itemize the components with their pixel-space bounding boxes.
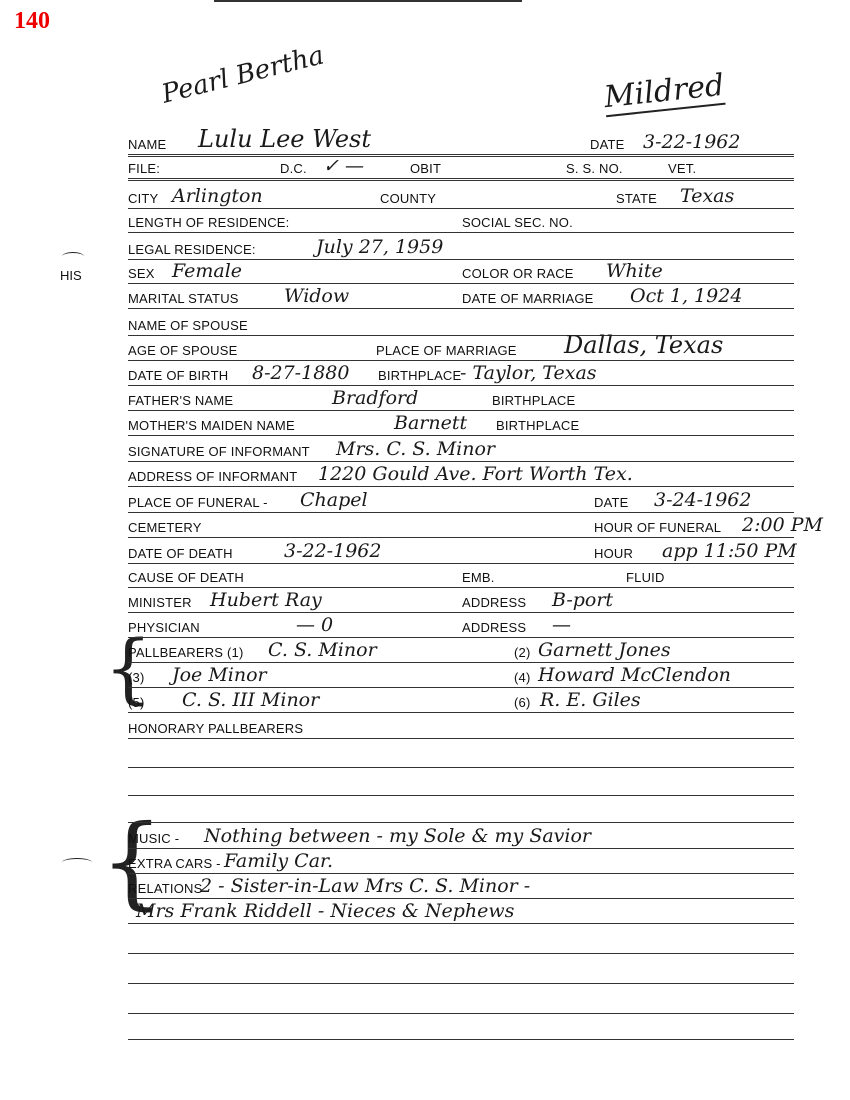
field-label: DATE OF DEATH xyxy=(128,546,233,561)
field-label: D.C. xyxy=(280,161,307,176)
field-label: NAME OF SPOUSE xyxy=(128,318,248,333)
field-label: EXTRA CARS - xyxy=(128,856,221,871)
field-label: ADDRESS xyxy=(462,595,526,610)
handwritten-value: Hubert Ray xyxy=(210,589,322,611)
form-row: AGE OF SPOUSEPLACE OF MARRIAGEDallas, Te… xyxy=(128,335,794,361)
field-label: CEMETERY xyxy=(128,520,202,535)
field-label: PLACE OF FUNERAL - xyxy=(128,495,268,510)
form-row: LEGAL RESIDENCE:July 27, 1959 xyxy=(128,234,794,260)
field-label: STATE xyxy=(616,191,657,206)
handwritten-value: Female xyxy=(172,260,242,282)
field-label: BIRTHPLACE xyxy=(492,393,575,408)
field-label: FILE: xyxy=(128,161,160,176)
handwritten-value: Oct 1, 1924 xyxy=(630,285,742,307)
handwritten-value: — 0 xyxy=(296,614,333,636)
form-row: MUSIC -Nothing between - my Sole & my Sa… xyxy=(128,823,794,849)
form-row: PALLBEARERS (1)(2)C. S. MinorGarnett Jon… xyxy=(128,637,794,663)
field-label: FLUID xyxy=(626,570,665,585)
form-row: MARITAL STATUSDATE OF MARRIAGEWidowOct 1… xyxy=(128,283,794,309)
handwritten-value: July 27, 1959 xyxy=(316,236,443,258)
form-row: EXTRA CARS -Family Car. xyxy=(128,848,794,874)
field-label: DATE xyxy=(590,137,625,152)
form-row: (3)(4)Joe MinorHoward McClendon xyxy=(128,662,794,688)
field-label: RELATIONS xyxy=(128,881,203,896)
form-row xyxy=(128,742,794,768)
field-label: (2) xyxy=(514,645,531,660)
handwritten-value: Garnett Jones xyxy=(538,639,671,661)
form-row: SEXCOLOR OR RACEFemaleWhite xyxy=(128,258,794,284)
field-label: NAME xyxy=(128,137,166,152)
field-label: PHYSICIAN xyxy=(128,620,200,635)
handwritten-value: Family Car. xyxy=(224,850,333,872)
form-row xyxy=(128,928,794,954)
handwritten-value: 2 - Sister-in-Law Mrs C. S. Minor - xyxy=(200,875,530,897)
form-row: ADDRESS OF INFORMANT1220 Gould Ave. Fort… xyxy=(128,461,794,487)
field-label: PLACE OF MARRIAGE xyxy=(376,343,517,358)
field-label: FATHER'S NAME xyxy=(128,393,233,408)
field-label: (6) xyxy=(514,695,531,710)
field-label: ADDRESS xyxy=(462,620,526,635)
field-label: AGE OF SPOUSE xyxy=(128,343,238,358)
margin-tick-mark xyxy=(62,252,84,261)
field-label: DATE OF BIRTH xyxy=(128,368,228,383)
field-label: (5) xyxy=(128,695,145,710)
field-label: LEGAL RESIDENCE: xyxy=(128,242,256,257)
field-label: EMB. xyxy=(462,570,495,585)
form-row xyxy=(128,770,794,796)
field-label: CITY xyxy=(128,191,158,206)
page-number: 140 xyxy=(14,8,50,35)
form-row: CEMETERYHOUR OF FUNERAL2:00 PM xyxy=(128,512,794,538)
handwritten-value: 1220 Gould Ave. Fort Worth Tex. xyxy=(318,463,633,485)
field-label: HOUR xyxy=(594,546,633,561)
form-row: CITYCOUNTYSTATEArlingtonTexas xyxy=(128,183,794,209)
field-label: DATE xyxy=(594,495,629,510)
field-label: MUSIC - xyxy=(128,831,179,846)
field-label: SOCIAL SEC. NO. xyxy=(462,215,573,230)
form-row xyxy=(128,958,794,984)
form-row: FATHER'S NAMEBIRTHPLACEBradford xyxy=(128,385,794,411)
field-label: COUNTY xyxy=(380,191,436,206)
handwritten-value: - Taylor, Texas xyxy=(460,362,597,384)
handwritten-value: Barnett xyxy=(394,412,467,434)
handwritten-value: White xyxy=(606,260,663,282)
form-row xyxy=(128,988,794,1014)
handwritten-value: R. E. Giles xyxy=(540,689,641,711)
handwritten-value: Texas xyxy=(680,185,734,207)
field-label: DATE OF MARRIAGE xyxy=(462,291,594,306)
form-row xyxy=(128,797,794,823)
field-label: LENGTH OF RESIDENCE: xyxy=(128,215,289,230)
handwritten-value: 8-27-1880 xyxy=(252,362,349,384)
form-row: Mrs Frank Riddell - Nieces & Nephews xyxy=(128,898,794,924)
field-label: BIRTHPLACE xyxy=(496,418,579,433)
handwritten-value: B-port xyxy=(552,589,613,611)
top-edge-line xyxy=(214,0,522,2)
handwritten-value: Chapel xyxy=(300,489,368,511)
form-row xyxy=(128,1014,794,1040)
field-label: MARITAL STATUS xyxy=(128,291,239,306)
field-label: SIGNATURE OF INFORMANT xyxy=(128,444,310,459)
form-row: PHYSICIANADDRESS— 0— xyxy=(128,612,794,638)
field-label: (3) xyxy=(128,670,145,685)
form-row: PLACE OF FUNERAL -DATEChapel3-24-1962 xyxy=(128,487,794,513)
handwritten-value: Mrs. C. S. Minor xyxy=(336,438,495,460)
margin-note-text: HIS xyxy=(60,268,82,283)
form-row: SIGNATURE OF INFORMANTMrs. C. S. Minor xyxy=(128,436,794,462)
form-row: DATE OF BIRTHBIRTHPLACE8-27-1880- Taylor… xyxy=(128,360,794,386)
field-label: BIRTHPLACE xyxy=(378,368,461,383)
handwritten-value: Arlington xyxy=(172,185,263,207)
field-label: OBIT xyxy=(410,161,441,176)
handwritten-value: Joe Minor xyxy=(172,664,267,686)
field-label: MOTHER'S MAIDEN NAME xyxy=(128,418,295,433)
handwritten-value: C. S. Minor xyxy=(268,639,377,661)
form-row: MOTHER'S MAIDEN NAMEBIRTHPLACEBarnett xyxy=(128,410,794,436)
handwritten-value: ✓ — xyxy=(323,155,364,177)
field-label: S. S. NO. xyxy=(566,161,623,176)
handwritten-value: Widow xyxy=(284,285,349,307)
handwritten-value: Dallas, Texas xyxy=(564,331,723,359)
form-row: RELATIONS2 - Sister-in-Law Mrs C. S. Min… xyxy=(128,873,794,899)
handwritten-value: 2:00 PM xyxy=(742,514,823,536)
margin-tick-mark-lower xyxy=(62,858,92,867)
handwritten-value: Howard McClendon xyxy=(538,664,731,686)
form-row: LENGTH OF RESIDENCE:SOCIAL SEC. NO. xyxy=(128,207,794,233)
field-label: MINISTER xyxy=(128,595,192,610)
handwritten-name-annotation-right: Mildred xyxy=(602,68,726,117)
field-label: CAUSE OF DEATH xyxy=(128,570,244,585)
handwritten-value: 3-22-1962 xyxy=(284,540,381,562)
field-label: VET. xyxy=(668,161,696,176)
handwritten-value: 3-22-1962 xyxy=(643,131,740,153)
field-label: COLOR OR RACE xyxy=(462,266,574,281)
handwritten-value: Nothing between - my Sole & my Savior xyxy=(204,825,591,847)
handwritten-name-annotation: Pearl Bertha xyxy=(159,40,327,109)
field-label: PALLBEARERS (1) xyxy=(128,645,243,660)
field-label: HONORARY PALLBEARERS xyxy=(128,721,303,736)
margin-note-his: HIS xyxy=(60,268,82,283)
handwritten-value: Lulu Lee West xyxy=(198,125,371,153)
form-row: DATE OF DEATHHOUR3-22-1962app 11:50 PM xyxy=(128,538,794,564)
field-label: SEX xyxy=(128,266,155,281)
field-label: HOUR OF FUNERAL xyxy=(594,520,721,535)
handwritten-value: 3-24-1962 xyxy=(654,489,751,511)
form-row: (5)(6)C. S. III MinorR. E. Giles xyxy=(128,687,794,713)
field-label: ADDRESS OF INFORMANT xyxy=(128,469,297,484)
handwritten-value: — xyxy=(552,614,571,636)
handwritten-value: Mrs Frank Riddell - Nieces & Nephews xyxy=(136,900,514,922)
form-row: HONORARY PALLBEARERS xyxy=(128,713,794,739)
handwritten-value: C. S. III Minor xyxy=(182,689,319,711)
handwritten-value: app 11:50 PM xyxy=(662,540,797,562)
form-row: MINISTERADDRESSHubert RayB-port xyxy=(128,587,794,613)
form-row: FILE:D.C.OBITS. S. NO.VET.✓ — xyxy=(128,153,794,181)
field-label: (4) xyxy=(514,670,531,685)
form-row: CAUSE OF DEATHEMB.FLUID xyxy=(128,562,794,588)
handwritten-value: Bradford xyxy=(332,387,418,409)
